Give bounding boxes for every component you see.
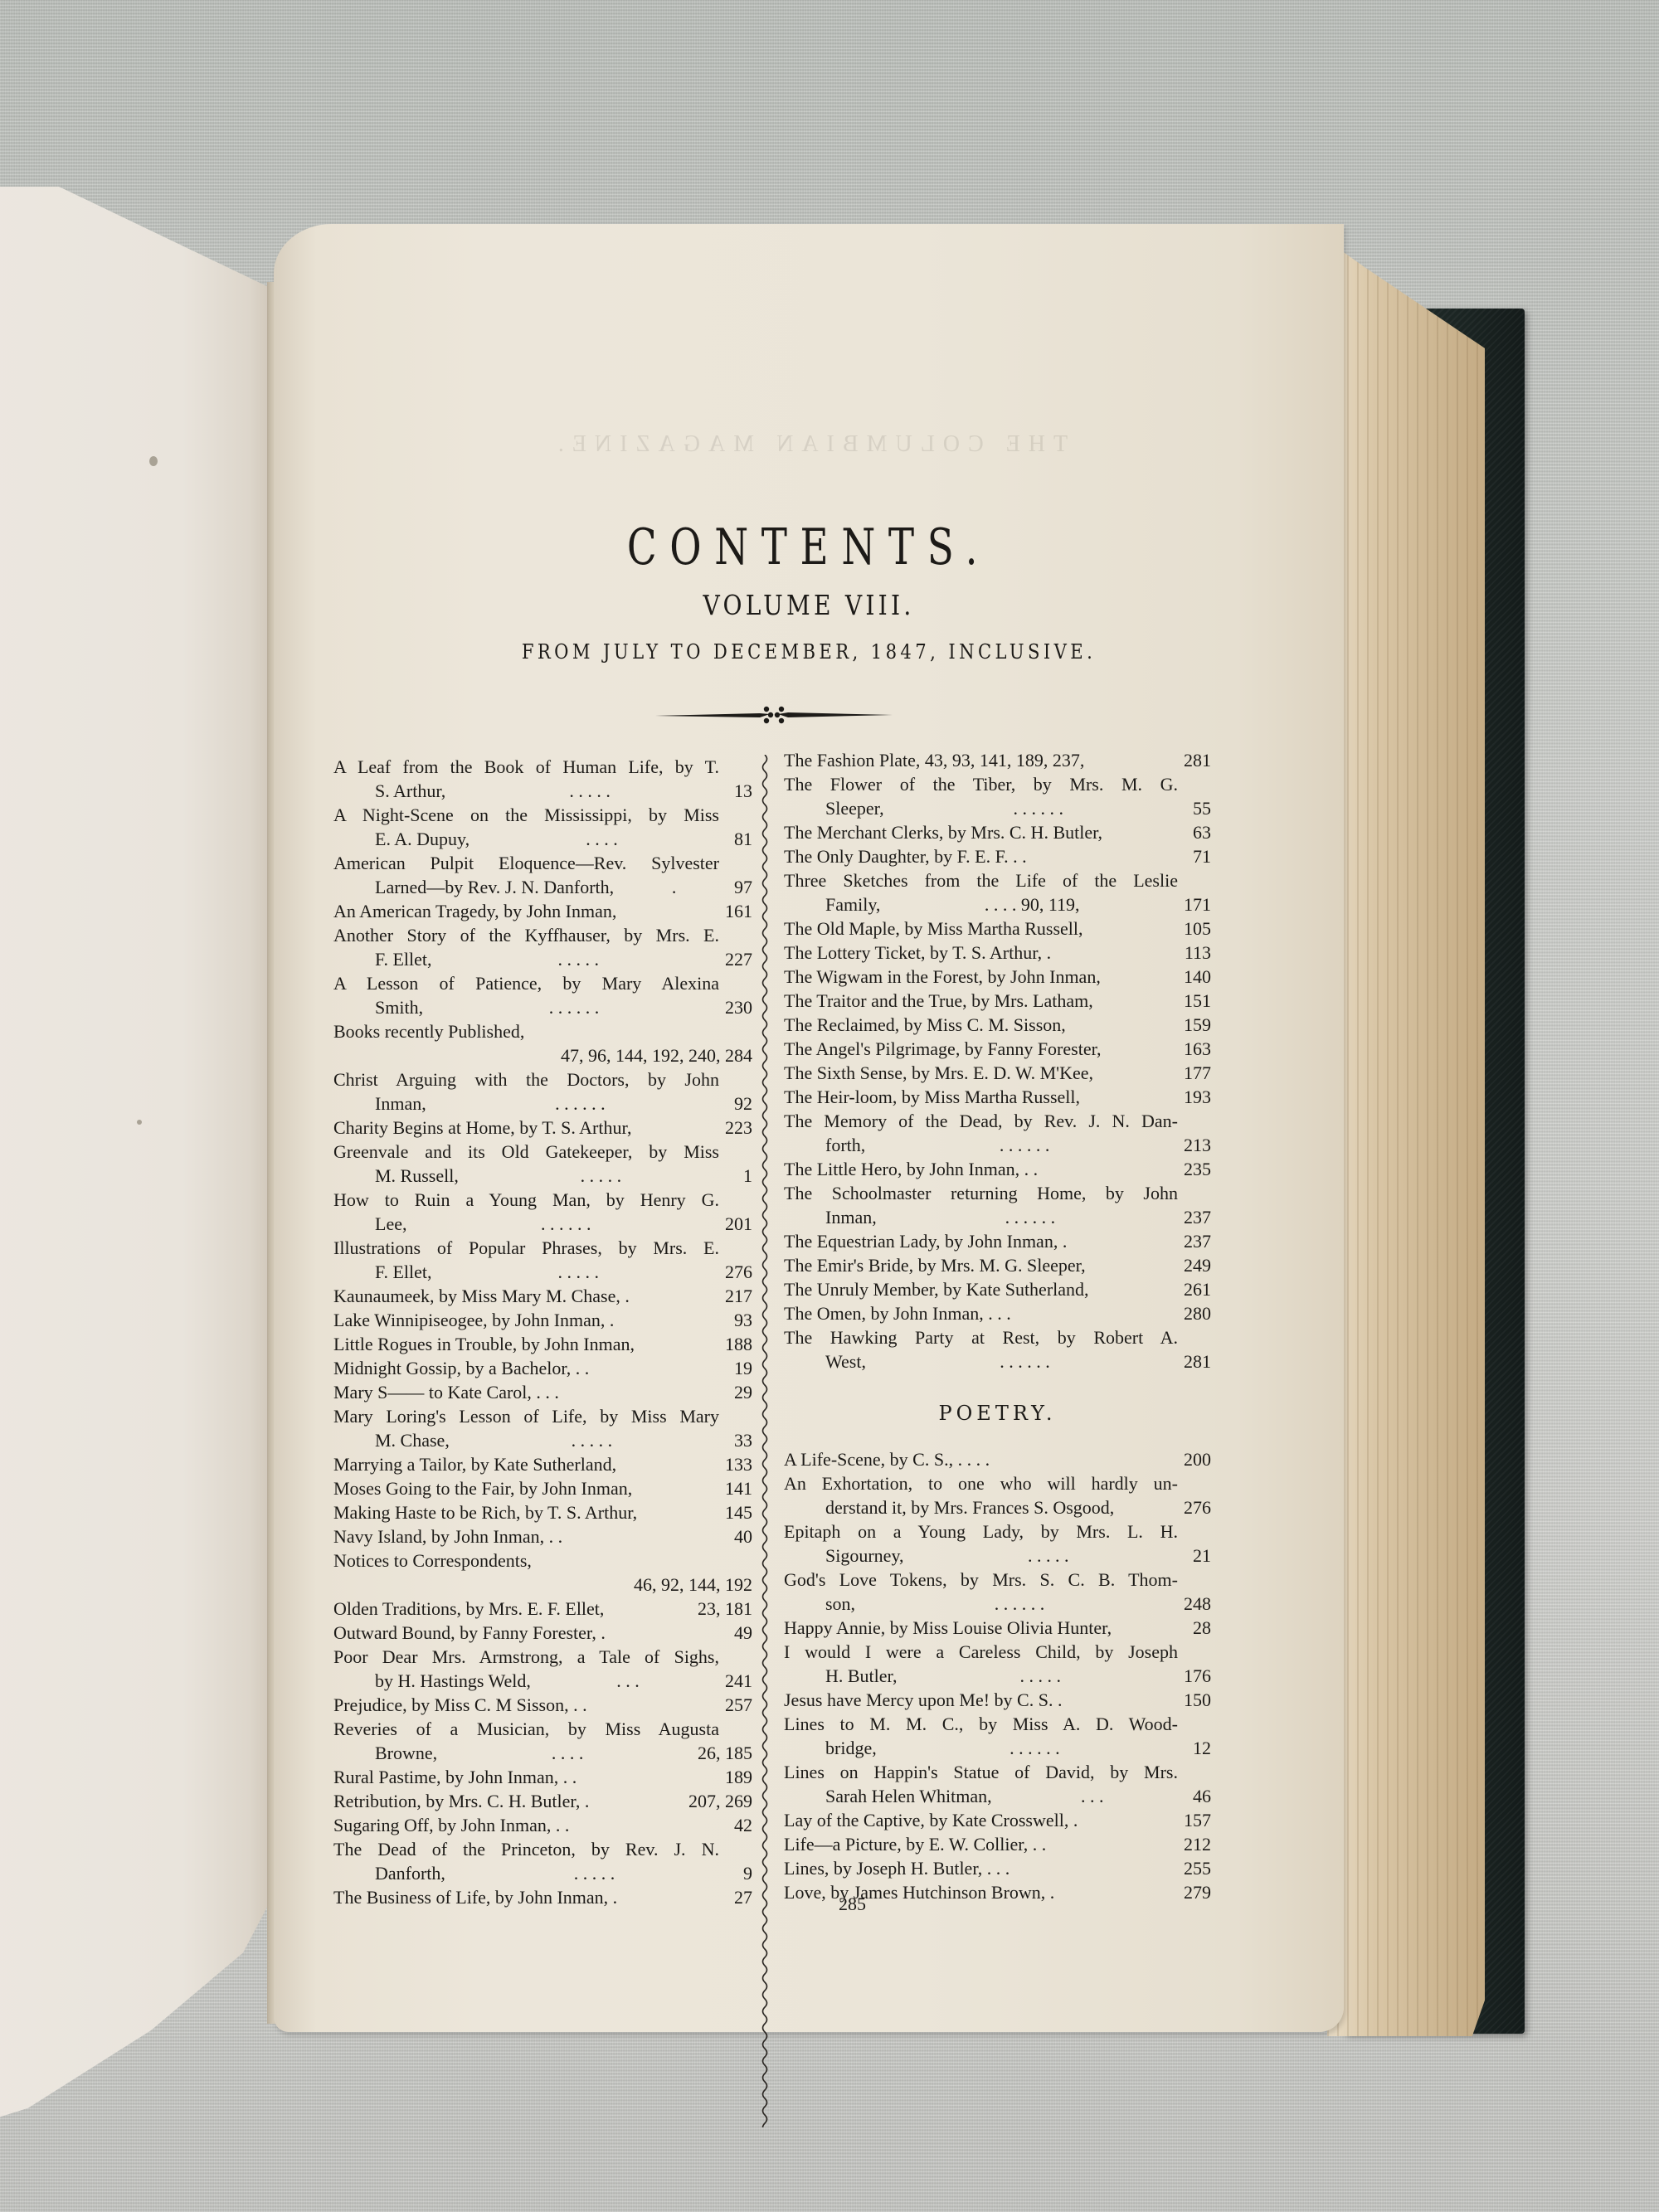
contents-entry: Reveries of a Musician, by Miss Augusta … [333, 1717, 752, 1765]
entry-page-numbers: 257 [725, 1693, 752, 1717]
entry-title: Lines on Happin's Statue of David, by Mr… [784, 1760, 1211, 1784]
entry-continuation: Inman, [825, 1205, 877, 1229]
entry-title: Midnight Gossip, by a Bachelor, . . [333, 1356, 589, 1380]
entry-continuation: West, [825, 1349, 866, 1373]
entry-title: Books recently Published, [333, 1019, 752, 1043]
entry-title: Lines, by Joseph H. Butler, . . . [784, 1856, 1010, 1880]
contents-entry: Another Story of the Kyffhauser, by Mrs.… [333, 923, 752, 971]
entry-page-numbers: 189 [725, 1765, 752, 1789]
entry-title: The Equestrian Lady, by John Inman, . [784, 1229, 1067, 1253]
contents-entry: Lay of the Captive, by Kate Crosswell, .… [784, 1808, 1211, 1832]
entry-page-numbers: 26, 185 [698, 1741, 752, 1765]
entry-page-numbers: 248 [1184, 1592, 1211, 1616]
entry-title: The Sixth Sense, by Mrs. E. D. W. M'Kee, [784, 1061, 1093, 1085]
entry-title: The Dead of the Princeton, by Rev. J. N. [333, 1837, 752, 1861]
contents-entry: Books recently Published, 47, 96, 144, 1… [333, 1019, 752, 1067]
entry-title: Prejudice, by Miss C. M Sisson, . . [333, 1693, 587, 1717]
dot-leader: . . . . [586, 827, 618, 851]
entry-title: Another Story of the Kyffhauser, by Mrs.… [333, 923, 752, 947]
contents-entry: Moses Going to the Fair, by John Inman, … [333, 1476, 752, 1500]
contents-entry: The Memory of the Dead, by Rev. J. N. Da… [784, 1109, 1211, 1157]
entry-page-numbers: 46 [1193, 1784, 1211, 1808]
entry-page-numbers: 21 [1193, 1544, 1211, 1568]
entry-continuation: Smith, [375, 995, 423, 1019]
contents-entry: A Lesson of Patience, by Mary Alexina Sm… [333, 971, 752, 1019]
dot-leader: . . . . . . [549, 995, 600, 1019]
ornament-divider-icon [654, 702, 894, 727]
entry-page-numbers: 13 [734, 779, 752, 803]
entry-title: The Only Daughter, by F. E. F. . . [784, 844, 1027, 868]
contents-entry: An Exhortation, to one who will hardly u… [784, 1471, 1211, 1519]
contents-entry: Mary S—— to Kate Carol, . . . 29 [333, 1380, 752, 1404]
entry-title: I would I were a Careless Child, by Jose… [784, 1640, 1211, 1664]
contents-entry: The Merchant Clerks, by Mrs. C. H. Butle… [784, 820, 1211, 844]
entry-page-numbers: 200 [1184, 1447, 1211, 1471]
entry-page-numbers: 145 [725, 1500, 752, 1524]
dot-leader: . . . . . . [1005, 1205, 1056, 1229]
contents-entry: Poor Dear Mrs. Armstrong, a Tale of Sigh… [333, 1645, 752, 1693]
contents-entry: Happy Annie, by Miss Louise Olivia Hunte… [784, 1616, 1211, 1640]
entry-title: The Little Hero, by John Inman, . . [784, 1157, 1038, 1181]
entry-continuation: F. Ellet, [375, 1260, 432, 1284]
entry-title: Happy Annie, by Miss Louise Olivia Hunte… [784, 1616, 1112, 1640]
contents-entry: Outward Bound, by Fanny Forester, . 49 [333, 1621, 752, 1645]
contents-entry: Epitaph on a Young Lady, by Mrs. L. H. S… [784, 1519, 1211, 1568]
contents-entry: The Old Maple, by Miss Martha Russell, 1… [784, 916, 1211, 941]
entry-page-numbers: 33 [734, 1428, 752, 1452]
entry-page-numbers: 105 [1184, 916, 1211, 941]
contents-entry: The Traitor and the True, by Mrs. Latham… [784, 989, 1211, 1013]
entry-page-numbers: 230 [725, 995, 752, 1019]
dot-leader: . . . . . [581, 1164, 622, 1188]
left-page [0, 187, 274, 2127]
contents-entry: Marrying a Tailor, by Kate Sutherland, 1… [333, 1452, 752, 1476]
entry-title: The Emir's Bride, by Mrs. M. G. Sleeper, [784, 1253, 1086, 1277]
entry-page-numbers: 212 [1184, 1832, 1211, 1856]
entry-page-numbers: 177 [1184, 1061, 1211, 1085]
entry-title: Moses Going to the Fair, by John Inman, [333, 1476, 632, 1500]
entry-title: A Life-Scene, by C. S., . . . . [784, 1447, 990, 1471]
contents-entry: Making Haste to be Rich, by T. S. Arthur… [333, 1500, 752, 1524]
entry-page-numbers: 19 [734, 1356, 752, 1380]
entry-title: The Schoolmaster returning Home, by John [784, 1181, 1211, 1205]
entry-title: Notices to Correspondents, [333, 1548, 752, 1573]
contents-entry: The Lottery Ticket, by T. S. Arthur, . 1… [784, 941, 1211, 965]
entry-page-numbers: 237 [1184, 1205, 1211, 1229]
bleed-through-header: THE COLUMBIAN MAGAZINE. [274, 431, 1344, 458]
contents-entry: A Life-Scene, by C. S., . . . . 200 [784, 1447, 1211, 1471]
contents-entry: The Wigwam in the Forest, by John Inman,… [784, 965, 1211, 989]
entry-title: Christ Arguing with the Doctors, by John [333, 1067, 752, 1091]
entry-continuation: E. A. Dupuy, [375, 827, 469, 851]
contents-entry: Lines, by Joseph H. Butler, . . . 255 [784, 1856, 1211, 1880]
entry-page-numbers: 63 [1193, 820, 1211, 844]
entry-page-numbers: 213 [1184, 1133, 1211, 1157]
entry-page-numbers: 113 [1185, 941, 1211, 965]
page-number: 285 [274, 1894, 1344, 1915]
entry-title: Rural Pastime, by John Inman, . . [333, 1765, 577, 1789]
entry-title: The Merchant Clerks, by Mrs. C. H. Butle… [784, 820, 1102, 844]
entry-title: A Lesson of Patience, by Mary Alexina [333, 971, 752, 995]
entry-page-numbers: 237 [1184, 1229, 1211, 1253]
entry-title: The Angel's Pilgrimage, by Fanny Foreste… [784, 1037, 1102, 1061]
entry-title: Three Sketches from the Life of the Lesl… [784, 868, 1211, 892]
contents-entry: American Pulpit Eloquence—Rev. Sylvester… [333, 851, 752, 899]
entry-title: Poor Dear Mrs. Armstrong, a Tale of Sigh… [333, 1645, 752, 1669]
page-block-edges [1327, 241, 1485, 2036]
entry-page-numbers: 29 [734, 1380, 752, 1404]
entry-page-numbers: 1 [743, 1164, 752, 1188]
entry-title: The Lottery Ticket, by T. S. Arthur, . [784, 941, 1051, 965]
entry-page-numbers: 241 [725, 1669, 752, 1693]
entry-page-numbers: 140 [1184, 965, 1211, 989]
entry-title: Outward Bound, by Fanny Forester, . [333, 1621, 606, 1645]
contents-entry: Olden Traditions, by Mrs. E. F. Ellet, 2… [333, 1597, 752, 1621]
contents-entry: The Sixth Sense, by Mrs. E. D. W. M'Kee,… [784, 1061, 1211, 1085]
entry-continuation: Sigourney, [825, 1544, 904, 1568]
entry-page-numbers: 159 [1184, 1013, 1211, 1037]
entry-page-numbers: 280 [1184, 1301, 1211, 1325]
contents-entry: The Heir-loom, by Miss Martha Russell, 1… [784, 1085, 1211, 1109]
contents-column-right: The Fashion Plate, 43, 93, 141, 189, 237… [784, 748, 1211, 1904]
contents-entry: The Angel's Pilgrimage, by Fanny Foreste… [784, 1037, 1211, 1061]
entry-title: Mary S—— to Kate Carol, . . . [333, 1380, 559, 1404]
entry-page-numbers: 93 [734, 1308, 752, 1332]
entry-title: Kaunaumeek, by Miss Mary M. Chase, . [333, 1284, 630, 1308]
entry-page-numbers: 40 [734, 1524, 752, 1548]
dot-leader: . . . . . [574, 1861, 615, 1885]
dot-leader: . . . . . . [555, 1091, 606, 1116]
contents-entry: Rural Pastime, by John Inman, . . 189 [333, 1765, 752, 1789]
entry-title: Epitaph on a Young Lady, by Mrs. L. H. [784, 1519, 1211, 1544]
entry-continuation: Lee, [375, 1212, 406, 1236]
entry-title: A Night-Scene on the Mississippi, by Mis… [333, 803, 752, 827]
dot-leader: . . . . . . [541, 1212, 591, 1236]
contents-entry: The Only Daughter, by F. E. F. . . 71 [784, 844, 1211, 868]
contents-entry: Charity Begins at Home, by T. S. Arthur,… [333, 1116, 752, 1140]
date-range-subtitle: FROM JULY TO DECEMBER, 1847, INCLUSIVE. [338, 640, 1279, 664]
contents-entry: Lines to M. M. C., by Miss A. D. Wood- b… [784, 1712, 1211, 1760]
dot-leader: . . . . . [1028, 1544, 1069, 1568]
entry-title: How to Ruin a Young Man, by Henry G. [333, 1188, 752, 1212]
entry-title: The Memory of the Dead, by Rev. J. N. Da… [784, 1109, 1211, 1133]
dot-leader: . . . . . [569, 779, 611, 803]
contents-entry: Prejudice, by Miss C. M Sisson, . . 257 [333, 1693, 752, 1717]
dot-leader: . . . [616, 1669, 640, 1693]
contents-entry: Kaunaumeek, by Miss Mary M. Chase, . 217 [333, 1284, 752, 1308]
contents-entry: The Omen, by John Inman, . . . 280 [784, 1301, 1211, 1325]
entry-page-numbers: 12 [1193, 1736, 1211, 1760]
dot-leader: . . . . . . [1000, 1349, 1050, 1373]
entry-page-numbers: 193 [1184, 1085, 1211, 1109]
entry-title: The Fashion Plate, 43, 93, 141, 189, 237… [784, 748, 1084, 772]
entry-page-numbers: 188 [725, 1332, 752, 1356]
contents-entry: God's Love Tokens, by Mrs. S. C. B. Thom… [784, 1568, 1211, 1616]
entry-continuation: Inman, [375, 1091, 426, 1116]
entry-title: Lay of the Captive, by Kate Crosswell, . [784, 1808, 1078, 1832]
contents-entry: Sugaring Off, by John Inman, . . 42 [333, 1813, 752, 1837]
dot-leader: . . . . . [572, 1428, 613, 1452]
right-page: THE COLUMBIAN MAGAZINE. CONTENTS. VOLUME… [274, 224, 1344, 2032]
dot-leader: . . . . . [1020, 1664, 1062, 1688]
contents-entry: A Night-Scene on the Mississippi, by Mis… [333, 803, 752, 851]
entry-title: An American Tragedy, by John Inman, [333, 899, 616, 923]
entry-title: The Old Maple, by Miss Martha Russell, [784, 916, 1083, 941]
entry-page-numbers: 207, 269 [688, 1789, 752, 1813]
entry-title: God's Love Tokens, by Mrs. S. C. B. Thom… [784, 1568, 1211, 1592]
contents-entry: Midnight Gossip, by a Bachelor, . . 19 [333, 1356, 752, 1380]
contents-entry: Lines on Happin's Statue of David, by Mr… [784, 1760, 1211, 1808]
entry-page-numbers: 141 [725, 1476, 752, 1500]
entry-page-numbers: 249 [1184, 1253, 1211, 1277]
contents-entry: Lake Winnipiseogee, by John Inman, . 93 [333, 1308, 752, 1332]
entry-title: The Hawking Party at Rest, by Robert A. [784, 1325, 1211, 1349]
contents-entry: The Dead of the Princeton, by Rev. J. N.… [333, 1837, 752, 1885]
entry-continuation: son, [825, 1592, 855, 1616]
contents-entry: Three Sketches from the Life of the Lesl… [784, 868, 1211, 916]
entry-title: Making Haste to be Rich, by T. S. Arthur… [333, 1500, 637, 1524]
entry-page-numbers: 42 [734, 1813, 752, 1837]
entry-page-numbers: 235 [1184, 1157, 1211, 1181]
foxing-spot [137, 1120, 142, 1125]
dot-leader: . . . . 90, 119, [985, 892, 1080, 916]
entry-continuation: by H. Hastings Weld, [375, 1669, 531, 1693]
entry-page-numbers: 276 [1184, 1495, 1211, 1519]
entry-title: The Traitor and the True, by Mrs. Latham… [784, 989, 1093, 1013]
entry-continuation: Danforth, [375, 1861, 445, 1885]
entry-title: The Omen, by John Inman, . . . [784, 1301, 1011, 1325]
entry-title: Mary Loring's Lesson of Life, by Miss Ma… [333, 1404, 752, 1428]
contents-entry: The Reclaimed, by Miss C. M. Sisson, 159 [784, 1013, 1211, 1037]
entry-page-numbers: 150 [1184, 1688, 1211, 1712]
entry-title: The Heir-loom, by Miss Martha Russell, [784, 1085, 1080, 1109]
entry-page-numbers: 47, 96, 144, 192, 240, 284 [333, 1043, 752, 1067]
entry-page-numbers: 261 [1184, 1277, 1211, 1301]
contents-entry: The Unruly Member, by Kate Sutherland, 2… [784, 1277, 1211, 1301]
contents-entry: The Flower of the Tiber, by Mrs. M. G. S… [784, 772, 1211, 820]
entry-title: Retribution, by Mrs. C. H. Butler, . [333, 1789, 589, 1813]
entry-continuation: bridge, [825, 1736, 877, 1760]
contents-entry: Notices to Correspondents, 46, 92, 144, … [333, 1548, 752, 1597]
dot-leader: . . . [1081, 1784, 1104, 1808]
entry-page-numbers: 97 [734, 875, 752, 899]
entry-title: Lake Winnipiseogee, by John Inman, . [333, 1308, 614, 1332]
entry-title: The Wigwam in the Forest, by John Inman, [784, 965, 1101, 989]
contents-entry: The Schoolmaster returning Home, by John… [784, 1181, 1211, 1229]
dot-leader: . . . . . . [1010, 1736, 1060, 1760]
entry-continuation: S. Arthur, [375, 779, 445, 803]
entry-continuation: Larned—by Rev. J. N. Danforth, [375, 875, 614, 899]
contents-entry: Illustrations of Popular Phrases, by Mrs… [333, 1236, 752, 1284]
entry-continuation: M. Russell, [375, 1164, 459, 1188]
page-title: CONTENTS. [392, 518, 1226, 576]
contents-entry: The Little Hero, by John Inman, . . 235 [784, 1157, 1211, 1181]
entry-page-numbers: 49 [734, 1621, 752, 1645]
entry-title: The Unruly Member, by Kate Sutherland, [784, 1277, 1089, 1301]
contents-entry: The Emir's Bride, by Mrs. M. G. Sleeper,… [784, 1253, 1211, 1277]
entry-title: Lines to M. M. C., by Miss A. D. Wood- [784, 1712, 1211, 1736]
entry-title: Illustrations of Popular Phrases, by Mrs… [333, 1236, 752, 1260]
foxing-spot [149, 456, 158, 466]
contents-entry: The Hawking Party at Rest, by Robert A. … [784, 1325, 1211, 1373]
contents-entry: Mary Loring's Lesson of Life, by Miss Ma… [333, 1404, 752, 1452]
entry-title: Olden Traditions, by Mrs. E. F. Ellet, [333, 1597, 604, 1621]
dot-leader: . . . . . [558, 947, 600, 971]
entry-title: Little Rogues in Trouble, by John Inman, [333, 1332, 635, 1356]
entry-page-numbers: 201 [725, 1212, 752, 1236]
contents-entry: Jesus have Mercy upon Me! by C. S. . 150 [784, 1688, 1211, 1712]
entry-page-numbers: 171 [1184, 892, 1211, 916]
dot-leader: . . . . . . [1014, 796, 1064, 820]
entry-page-numbers: 276 [725, 1260, 752, 1284]
contents-entry: How to Ruin a Young Man, by Henry G. Lee… [333, 1188, 752, 1236]
entry-title: Greenvale and its Old Gatekeeper, by Mis… [333, 1140, 752, 1164]
contents-entry: Christ Arguing with the Doctors, by John… [333, 1067, 752, 1116]
contents-entry: An American Tragedy, by John Inman, 161 [333, 899, 752, 923]
entry-continuation: Sleeper, [825, 796, 884, 820]
entry-page-numbers: 55 [1193, 796, 1211, 820]
entry-page-numbers: 46, 92, 144, 192 [333, 1573, 752, 1597]
entry-page-numbers: 281 [1184, 1349, 1211, 1373]
entry-page-numbers: 28 [1193, 1616, 1211, 1640]
entry-page-numbers: 161 [725, 899, 752, 923]
contents-entry: The Fashion Plate, 43, 93, 141, 189, 237… [784, 748, 1211, 772]
contents-entry: Retribution, by Mrs. C. H. Butler, . 207… [333, 1789, 752, 1813]
poetry-heading: POETRY. [784, 1402, 1211, 1426]
entry-title: Navy Island, by John Inman, . . [333, 1524, 562, 1548]
entry-continuation: Family, [825, 892, 880, 916]
entry-title: An Exhortation, to one who will hardly u… [784, 1471, 1211, 1495]
entry-continuation: F. Ellet, [375, 947, 432, 971]
entry-title: The Flower of the Tiber, by Mrs. M. G. [784, 772, 1211, 796]
dot-leader: . [672, 875, 677, 899]
contents-entry: The Equestrian Lady, by John Inman, . 23… [784, 1229, 1211, 1253]
dot-leader: . . . . . [558, 1260, 600, 1284]
entry-page-numbers: 92 [734, 1091, 752, 1116]
entry-page-numbers: 71 [1193, 844, 1211, 868]
contents-entry: Life—a Picture, by E. W. Collier, . . 21… [784, 1832, 1211, 1856]
entry-continuation: H. Butler, [825, 1664, 898, 1688]
contents-entry: A Leaf from the Book of Human Life, by T… [333, 755, 752, 803]
entry-continuation: Sarah Helen Whitman, [825, 1784, 992, 1808]
volume-heading: VOLUME VIII. [354, 589, 1264, 621]
entry-page-numbers: 157 [1184, 1808, 1211, 1832]
entry-page-numbers: 9 [743, 1861, 752, 1885]
entry-continuation: forth, [825, 1133, 865, 1157]
dot-leader: . . . . [552, 1741, 584, 1765]
dot-leader: . . . . . . [995, 1592, 1045, 1616]
entry-page-numbers: 163 [1184, 1037, 1211, 1061]
entry-page-numbers: 227 [725, 947, 752, 971]
entry-page-numbers: 81 [734, 827, 752, 851]
entry-title: Marrying a Tailor, by Kate Sutherland, [333, 1452, 616, 1476]
entry-title: Sugaring Off, by John Inman, . . [333, 1813, 569, 1837]
entry-page-numbers: 223 [725, 1116, 752, 1140]
contents-entry: I would I were a Careless Child, by Jose… [784, 1640, 1211, 1688]
entry-page-numbers: 133 [725, 1452, 752, 1476]
dot-leader: . . . . . . [1000, 1133, 1050, 1157]
entry-page-numbers: 151 [1184, 989, 1211, 1013]
contents-column-left: A Leaf from the Book of Human Life, by T… [333, 755, 752, 1909]
wavy-column-rule [760, 755, 770, 2127]
entry-title: Jesus have Mercy upon Me! by C. S. . [784, 1688, 1062, 1712]
entry-page-numbers: 255 [1184, 1856, 1211, 1880]
entry-page-numbers: 217 [725, 1284, 752, 1308]
entry-title: Charity Begins at Home, by T. S. Arthur, [333, 1116, 631, 1140]
entry-title: Reveries of a Musician, by Miss Augusta [333, 1717, 752, 1741]
entry-title: A Leaf from the Book of Human Life, by T… [333, 755, 752, 779]
entry-title: The Reclaimed, by Miss C. M. Sisson, [784, 1013, 1066, 1037]
entry-continuation: derstand it, by Mrs. Frances S. Osgood, [825, 1495, 1114, 1519]
contents-entry: Navy Island, by John Inman, . . 40 [333, 1524, 752, 1548]
entry-title: Life—a Picture, by E. W. Collier, . . [784, 1832, 1046, 1856]
contents-entry: Greenvale and its Old Gatekeeper, by Mis… [333, 1140, 752, 1188]
entry-page-numbers: 176 [1184, 1664, 1211, 1688]
entry-page-numbers: 23, 181 [698, 1597, 752, 1621]
contents-entry: Little Rogues in Trouble, by John Inman,… [333, 1332, 752, 1356]
entry-continuation: Browne, [375, 1741, 437, 1765]
entry-title: American Pulpit Eloquence—Rev. Sylvester [333, 851, 752, 875]
entry-page-numbers: 281 [1184, 748, 1211, 772]
entry-continuation: M. Chase, [375, 1428, 450, 1452]
